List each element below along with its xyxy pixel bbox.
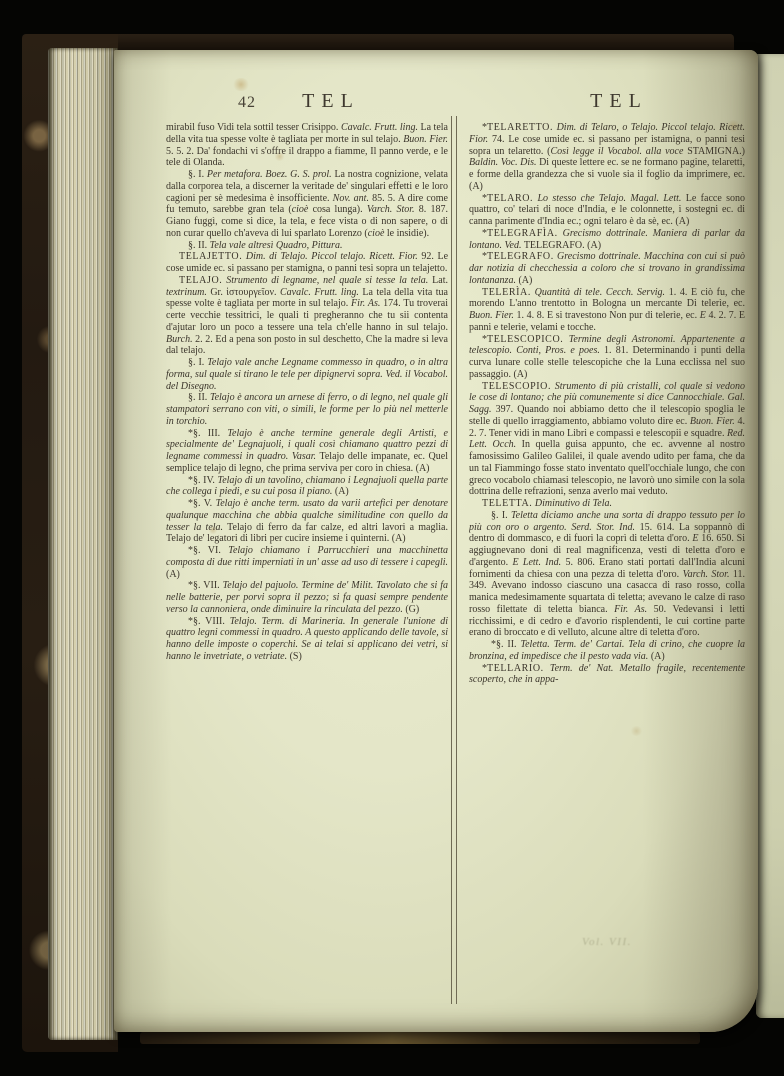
section-telajo-4: *§. IV. Telajo di un tavolino, chiamano … <box>166 475 448 499</box>
entry-telaro: *TELARO. Lo stesso che Telajo. Magal. Le… <box>469 193 745 228</box>
entry-telescopio: TELESCOPIO. Strumento di più cristalli, … <box>469 381 745 499</box>
entry-telegrafo: *TELEGRAFO. Grecismo dottrinale. Macchin… <box>469 251 745 286</box>
entry-tellario: *TELLARIO. Term. de' Nat. Metallo fragil… <box>469 663 745 687</box>
next-page-edge <box>756 54 784 1018</box>
entry-tela-continuation: mirabil fuso Vidi tela sottil tesser Cri… <box>166 122 448 169</box>
right-column: *TELARETTO. Dim. di Telaro, o Telajo. Pi… <box>469 122 745 1004</box>
section-telajo-1: §. I. Telajo vale anche Legname commesso… <box>166 357 448 392</box>
entry-telescopico: *TELESCOPICO. Termine degli Astronomi. A… <box>469 334 745 381</box>
entry-telaretto: *TELARETTO. Dim. di Telaro, o Telajo. Pi… <box>469 122 745 193</box>
section-teletta-2: *§. II. Teletta. Term. de' Cartai. Tela … <box>469 639 745 663</box>
book-cover-bottom-edge <box>140 1032 700 1044</box>
section-telajo-3: *§. III. Telajo è anche termine generale… <box>166 428 448 475</box>
entry-telajetto: TELAJETTO. Dim. di Telajo. Piccol telajo… <box>166 251 448 275</box>
section-telajo-2: §. II. Telajo è ancora un arnese di ferr… <box>166 392 448 427</box>
section-telajo-5: *§. V. Telajo è anche term. usato da var… <box>166 498 448 545</box>
section-telajo-7: *§. VII. Telajo del pajuolo. Termine de'… <box>166 580 448 615</box>
running-head-right: TEL <box>554 90 684 113</box>
page-fore-edges <box>48 48 118 1040</box>
show-through-text: Vol. VII. <box>582 936 632 948</box>
entry-telajo: TELAJO. Strumento di legname, nel quale … <box>166 275 448 357</box>
entry-teletta: TELETTA. Diminutivo di Tela. <box>469 498 745 510</box>
left-column: mirabil fuso Vidi tela sottil tesser Cri… <box>166 122 448 978</box>
page-number: 42 <box>238 94 256 112</box>
section-telajo-6: *§. VI. Telajo chiamano i Parrucchieri u… <box>166 545 448 580</box>
section-teletta-1: §. I. Teletta diciamo anche una sorta di… <box>469 510 745 639</box>
book-photo: 42 TEL TEL mirabil fuso Vidi tela sottil… <box>0 0 784 1076</box>
entry-telegrafia: *TELEGRAFÌA. Grecismo dottrinale. Manier… <box>469 228 745 252</box>
dictionary-page: 42 TEL TEL mirabil fuso Vidi tela sottil… <box>114 50 758 1032</box>
section-tela-1: §. I. Per metafora. Boez. G. S. prol. La… <box>166 169 448 240</box>
paper-stain <box>232 78 250 91</box>
section-telajo-8: *§. VIII. Telajo. Term. di Marineria. In… <box>166 616 448 663</box>
entry-teleria: TELERÌA. Quantità di tele. Cecch. Servig… <box>469 287 745 334</box>
column-divider <box>451 116 457 1004</box>
section-tela-2: §. II. Tela vale altresì Quadro, Pittura… <box>166 240 448 252</box>
running-head-left: TEL <box>266 90 396 113</box>
